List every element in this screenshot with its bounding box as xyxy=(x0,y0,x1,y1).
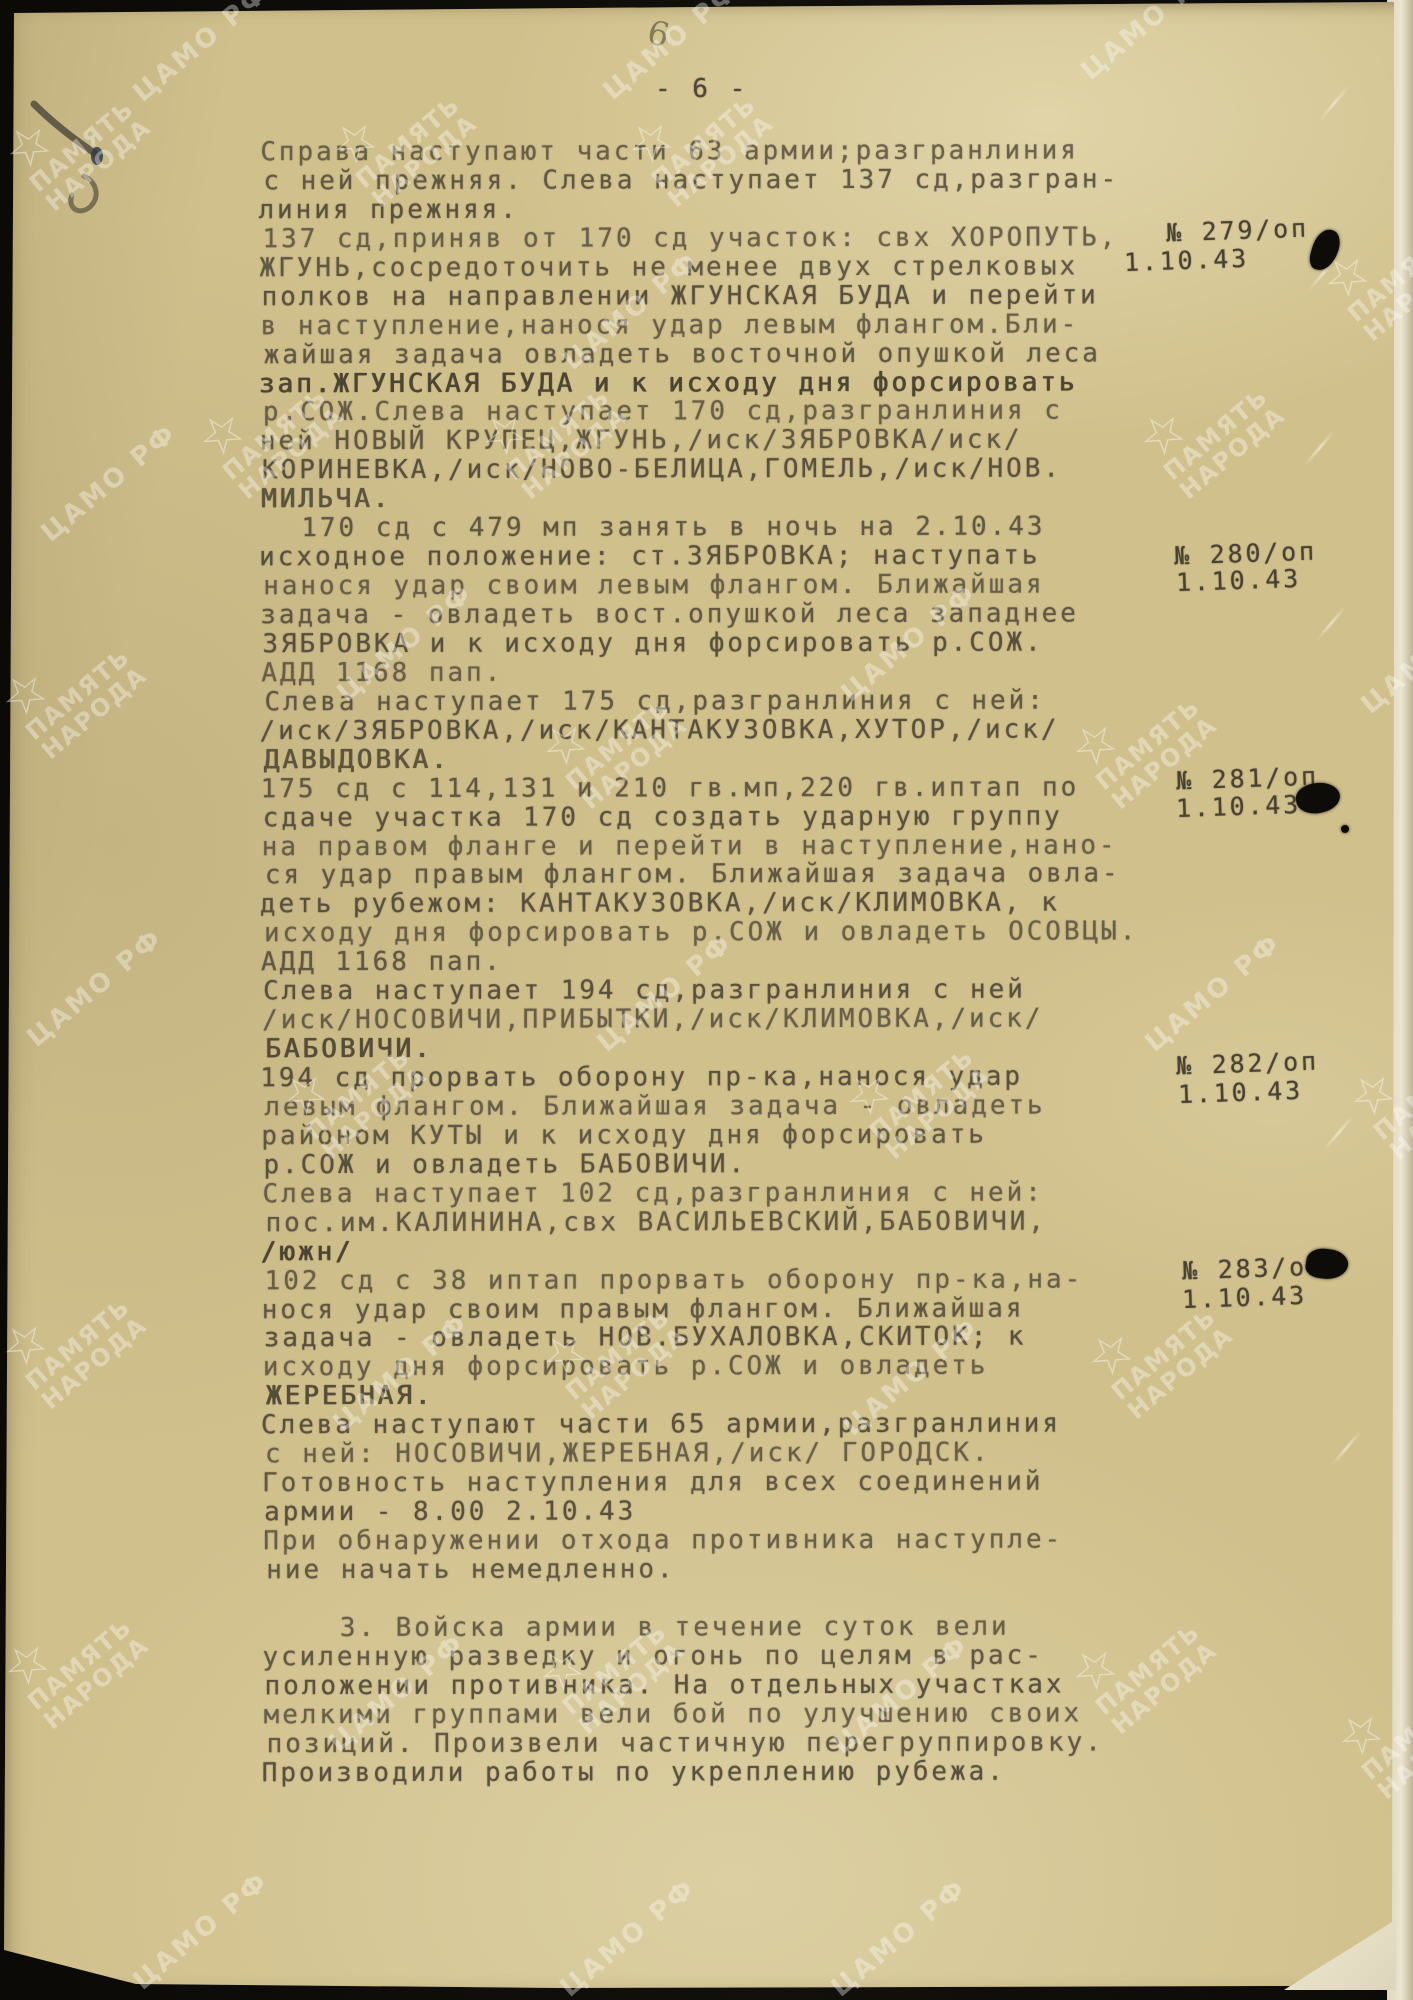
typewritten-body: Справа наступают части 63 армии;разгранл… xyxy=(260,136,1413,1788)
body-text-line: усиленную разведку и огонь по целям в ра… xyxy=(262,1641,1413,1672)
torn-hole-mark xyxy=(1341,825,1349,833)
body-text-line: /иск/ЗЯБРОВКА,/иск/КАНТАКУЗОВКА,ХУТОР,/и… xyxy=(259,715,1413,746)
body-text-line: /иск/НОСОВИЧИ,ПРИБЫТКИ,/иск/КЛИМОВКА,/ис… xyxy=(262,1004,1413,1035)
body-text-line xyxy=(261,1583,1413,1614)
ink-scribble xyxy=(20,90,130,230)
body-text-line: Производили работы по укреплению рубежа. xyxy=(262,1756,1413,1787)
body-text-line: Слева наступает 194 сд,разгранлиния с не… xyxy=(263,975,1413,1006)
typed-page-number: - 6 - xyxy=(655,74,748,104)
body-text-line: Справа наступают части 63 армии;разгранл… xyxy=(260,136,1413,167)
body-text-line: задача - овладеть вост.опушкой леса запа… xyxy=(260,599,1413,630)
margin-note-date: 1.10.43 xyxy=(1182,1281,1308,1314)
margin-note-date: 1.10.43 xyxy=(1176,790,1302,823)
body-text-line: Слева наступает 102 сд,разгранлиния с не… xyxy=(262,1178,1413,1209)
body-text-line: положении противника. На отдельных участ… xyxy=(264,1669,1413,1700)
body-text-line: р.СОЖ и овладеть БАБОВИЧИ. xyxy=(263,1149,1413,1180)
body-text-line: деть рубежом: КАНТАКУЗОВКА,/иск/КЛИМОВКА… xyxy=(260,888,1413,919)
crease-mark xyxy=(1319,84,1351,121)
body-text-line: мелкими группами вели бой по улучшению с… xyxy=(264,1698,1413,1729)
body-text-line: МИЛЬЧА. xyxy=(261,483,1413,514)
paper-sheet: 6 - 6 - Справа наступают части 63 армии;… xyxy=(0,0,1413,2000)
body-text-line: зап.ЖГУНСКАЯ БУДА и к исходу дня форсиро… xyxy=(259,367,1413,398)
body-text-line: в наступление,нанося удар левым флангом.… xyxy=(261,309,1413,340)
body-text-line: ся удар правым флангом. Ближайшая задача… xyxy=(265,859,1413,890)
margin-note-date: 1.10.43 xyxy=(1124,244,1250,277)
body-text-line: ЗЯБРОВКА и к исходу дня форсировать р.СО… xyxy=(262,628,1413,659)
body-text-line: Слева наступает 175 сд,разгранлиния с не… xyxy=(264,686,1413,717)
body-text-line: районом КУТЫ и к исходу дня форсировать xyxy=(261,1120,1413,1151)
body-text-line: КОРИНЕВКА,/иск/НОВО-БЕЛИЦА,ГОМЕЛЬ,/иск/Н… xyxy=(262,454,1413,485)
margin-note-number: № 279/оп xyxy=(1166,214,1310,248)
margin-note-date: 1.10.43 xyxy=(1176,564,1302,597)
body-text-line: АДД 1168 пап. xyxy=(261,946,1413,977)
body-text-line: При обнаружении отхода противника наступ… xyxy=(263,1525,1413,1556)
margin-note-date: 1.10.43 xyxy=(1178,1076,1304,1109)
body-text-line: р.СОЖ.Слева наступает 170 сд,разгранлини… xyxy=(263,396,1413,427)
body-text-line: армии - 8.00 2.10.43 xyxy=(264,1496,1413,1527)
body-text-line: Готовность наступления для всех соединен… xyxy=(262,1467,1413,1498)
body-text-line: на правом фланге и перейти в наступление… xyxy=(262,830,1413,861)
body-text-line: полков на направлении ЖГУНСКАЯ БУДА и пе… xyxy=(262,280,1413,311)
body-text-line: АДД 1168 пап. xyxy=(261,657,1413,688)
body-text-line: ней НОВЫЙ КРУПЕЦ,ЖГУНЬ,/иск/ЗЯБРОВКА/иск… xyxy=(260,425,1413,456)
body-text-line: Слева наступают части 65 армии,разгранли… xyxy=(261,1409,1413,1440)
body-text-line: с ней: НОСОВИЧИ,ЖЕРЕБНАЯ,/иск/ ГОРОДСК. xyxy=(265,1438,1413,1469)
body-text-line: исходу дня форсировать р.СОЖ и овладеть xyxy=(263,1351,1413,1382)
body-text-line: пос.им.КАЛИНИНА,свх ВАСИЛЬЕВСКИЙ,БАБОВИЧ… xyxy=(266,1206,1413,1237)
body-text-line: позиций. Произвели частичную перегруппир… xyxy=(267,1727,1413,1758)
body-text-line: задача - овладеть НОВ.БУХАЛОВКА,СКИТОК; … xyxy=(264,1322,1413,1353)
document-scan-page: 6 - 6 - Справа наступают части 63 армии;… xyxy=(0,0,1413,2000)
body-text-line: ЖЕРЕБНАЯ. xyxy=(266,1380,1413,1411)
handwritten-page-number: 6 xyxy=(644,12,674,55)
body-text-line: с ней прежняя. Слева наступает 137 сд,ра… xyxy=(263,165,1413,196)
body-text-line: исходу дня форсировать р.СОЖ и овладеть … xyxy=(264,917,1413,948)
body-text-line: 3. Войска армии в течение суток вели xyxy=(265,1612,1413,1643)
body-text-line: ние начать немедленно. xyxy=(266,1554,1413,1585)
body-text-line: жайшая задача овладеть восточной опушкой… xyxy=(264,338,1413,369)
